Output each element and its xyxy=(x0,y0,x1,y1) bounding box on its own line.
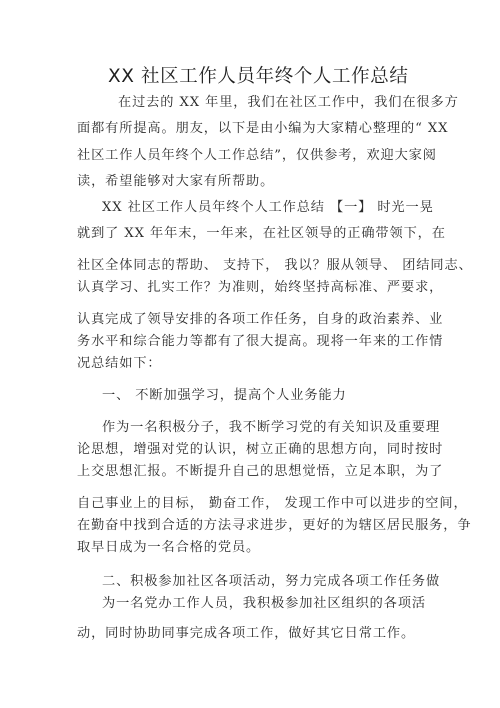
body-text-line: 社区工作人员年终个人工作总结”，仅供参考，欢迎大家阅 xyxy=(77,148,437,164)
document-page: XX 社区工作人员年终个人工作总结 在过去的 XX 年里，我们在社区工作中，我们… xyxy=(0,0,500,708)
body-text-line: 作为一名积极分子，我不断学习党的有关知识及重要理 xyxy=(102,420,440,436)
body-text-line: 为一名党办工作人员，我积极参加社区组织的各项活 xyxy=(102,596,426,612)
body-text-line: 就到了 XX 年年末，一年来，在社区领导的正确带领下，在 xyxy=(77,226,446,242)
body-text-line: XX 社区工作人员年终个人工作总结 【一】 时光一晃 xyxy=(102,200,434,216)
document-title: XX 社区工作人员年终个人工作总结 xyxy=(108,62,408,88)
body-text-line: 一、 不断加强学习，提高个人业务能力 xyxy=(102,388,347,404)
body-text-line: 务水平和综合能力等都有了很大提高。现将一年来的工作情 xyxy=(77,334,443,350)
body-text-line: 况总结如下： xyxy=(77,356,162,372)
body-text-line: 论思想，增强对党的认识，树立正确的思想方向，同时按时 xyxy=(77,442,443,458)
body-text-line: 在勤奋中找到合适的方法寻求进步，更好的为辖区居民服务，争 xyxy=(77,518,471,534)
body-text-line: 面都有所提高。朋友，以下是由小编为大家精心整理的“ XX xyxy=(77,121,448,137)
body-text-line: 读，希望能够对大家有所帮助。 xyxy=(77,174,274,190)
body-text-line: 认真学习、扎实工作？为准则，始终坚持高标准、严要求， xyxy=(77,280,443,296)
body-text-line: 上交思想汇报。不断提升自己的思想觉悟，立足本职，为了 xyxy=(77,464,443,480)
body-text-line: 取早日成为一名合格的党员。 xyxy=(77,540,260,556)
body-text-line: 二、积极参加社区各项活动，努力完成各项工作任务做 xyxy=(102,574,440,590)
body-text-line: 认真完成了领导安排的各项工作任务，自身的政治素养、业 xyxy=(77,312,443,328)
body-text-line: 社区全体同志的帮助、 支持下， 我以？服从领导、 团结同志、 xyxy=(77,258,473,274)
body-text-line: 在过去的 XX 年里，我们在社区工作中，我们在很多方 xyxy=(118,95,459,111)
body-text-line: 动，同时协助同事完成各项工作，做好其它日常工作。 xyxy=(77,626,415,642)
body-text-line: 自己事业上的目标， 勤奋工作， 发现工作中可以进步的空间， xyxy=(77,496,468,512)
